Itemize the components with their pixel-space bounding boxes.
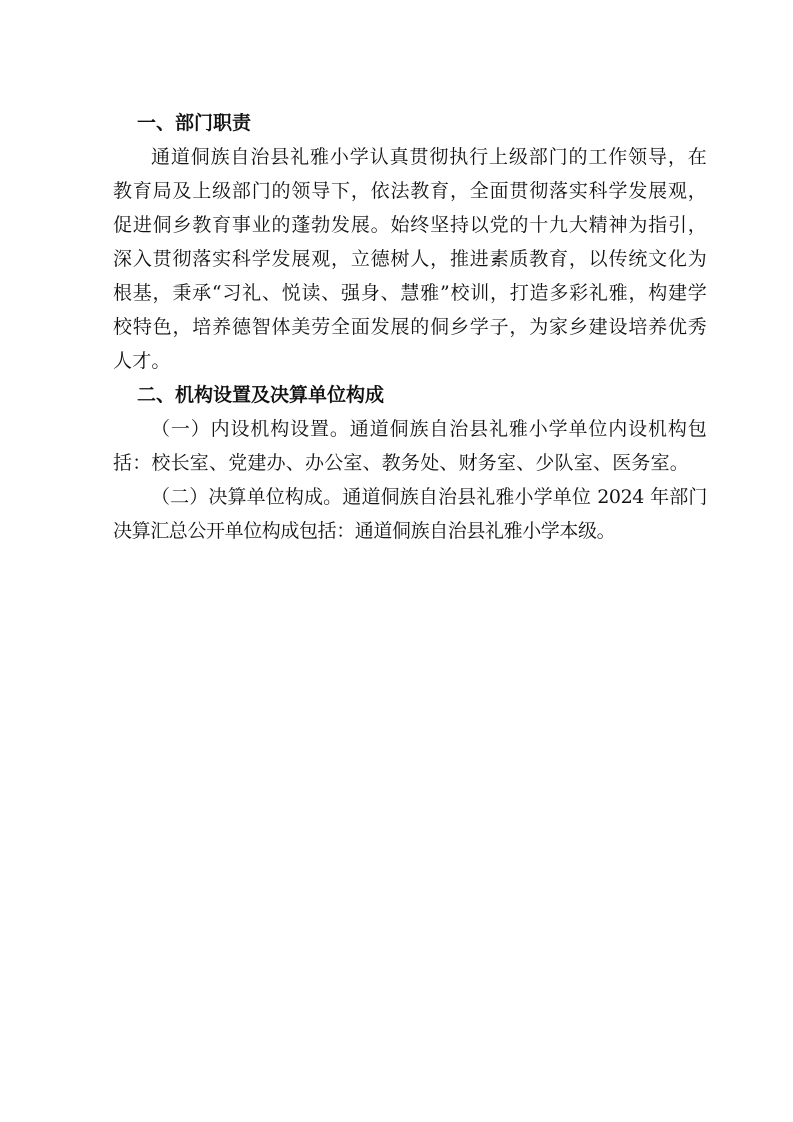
section-department-duties: 一、部门职责 通道侗族自治县礼雅小学认真贯彻执行上级部门的工作领导，在教育局及上… <box>113 106 707 378</box>
paragraph: （一）内设机构设置。通道侗族自治县礼雅小学单位内设机构包括：校长室、党建办、办公… <box>113 412 707 480</box>
section-heading: 一、部门职责 <box>113 106 707 140</box>
section-organization: 二、机构设置及决算单位构成 （一）内设机构设置。通道侗族自治县礼雅小学单位内设机… <box>113 378 707 548</box>
paragraph: 通道侗族自治县礼雅小学认真贯彻执行上级部门的工作领导，在教育局及上级部门的领导下… <box>113 140 707 378</box>
section-heading: 二、机构设置及决算单位构成 <box>113 378 707 412</box>
paragraph: （二）决算单位构成。通道侗族自治县礼雅小学单位 2024 年部门决算汇总公开单位… <box>113 480 707 548</box>
document-page: 一、部门职责 通道侗族自治县礼雅小学认真贯彻执行上级部门的工作领导，在教育局及上… <box>113 106 707 548</box>
